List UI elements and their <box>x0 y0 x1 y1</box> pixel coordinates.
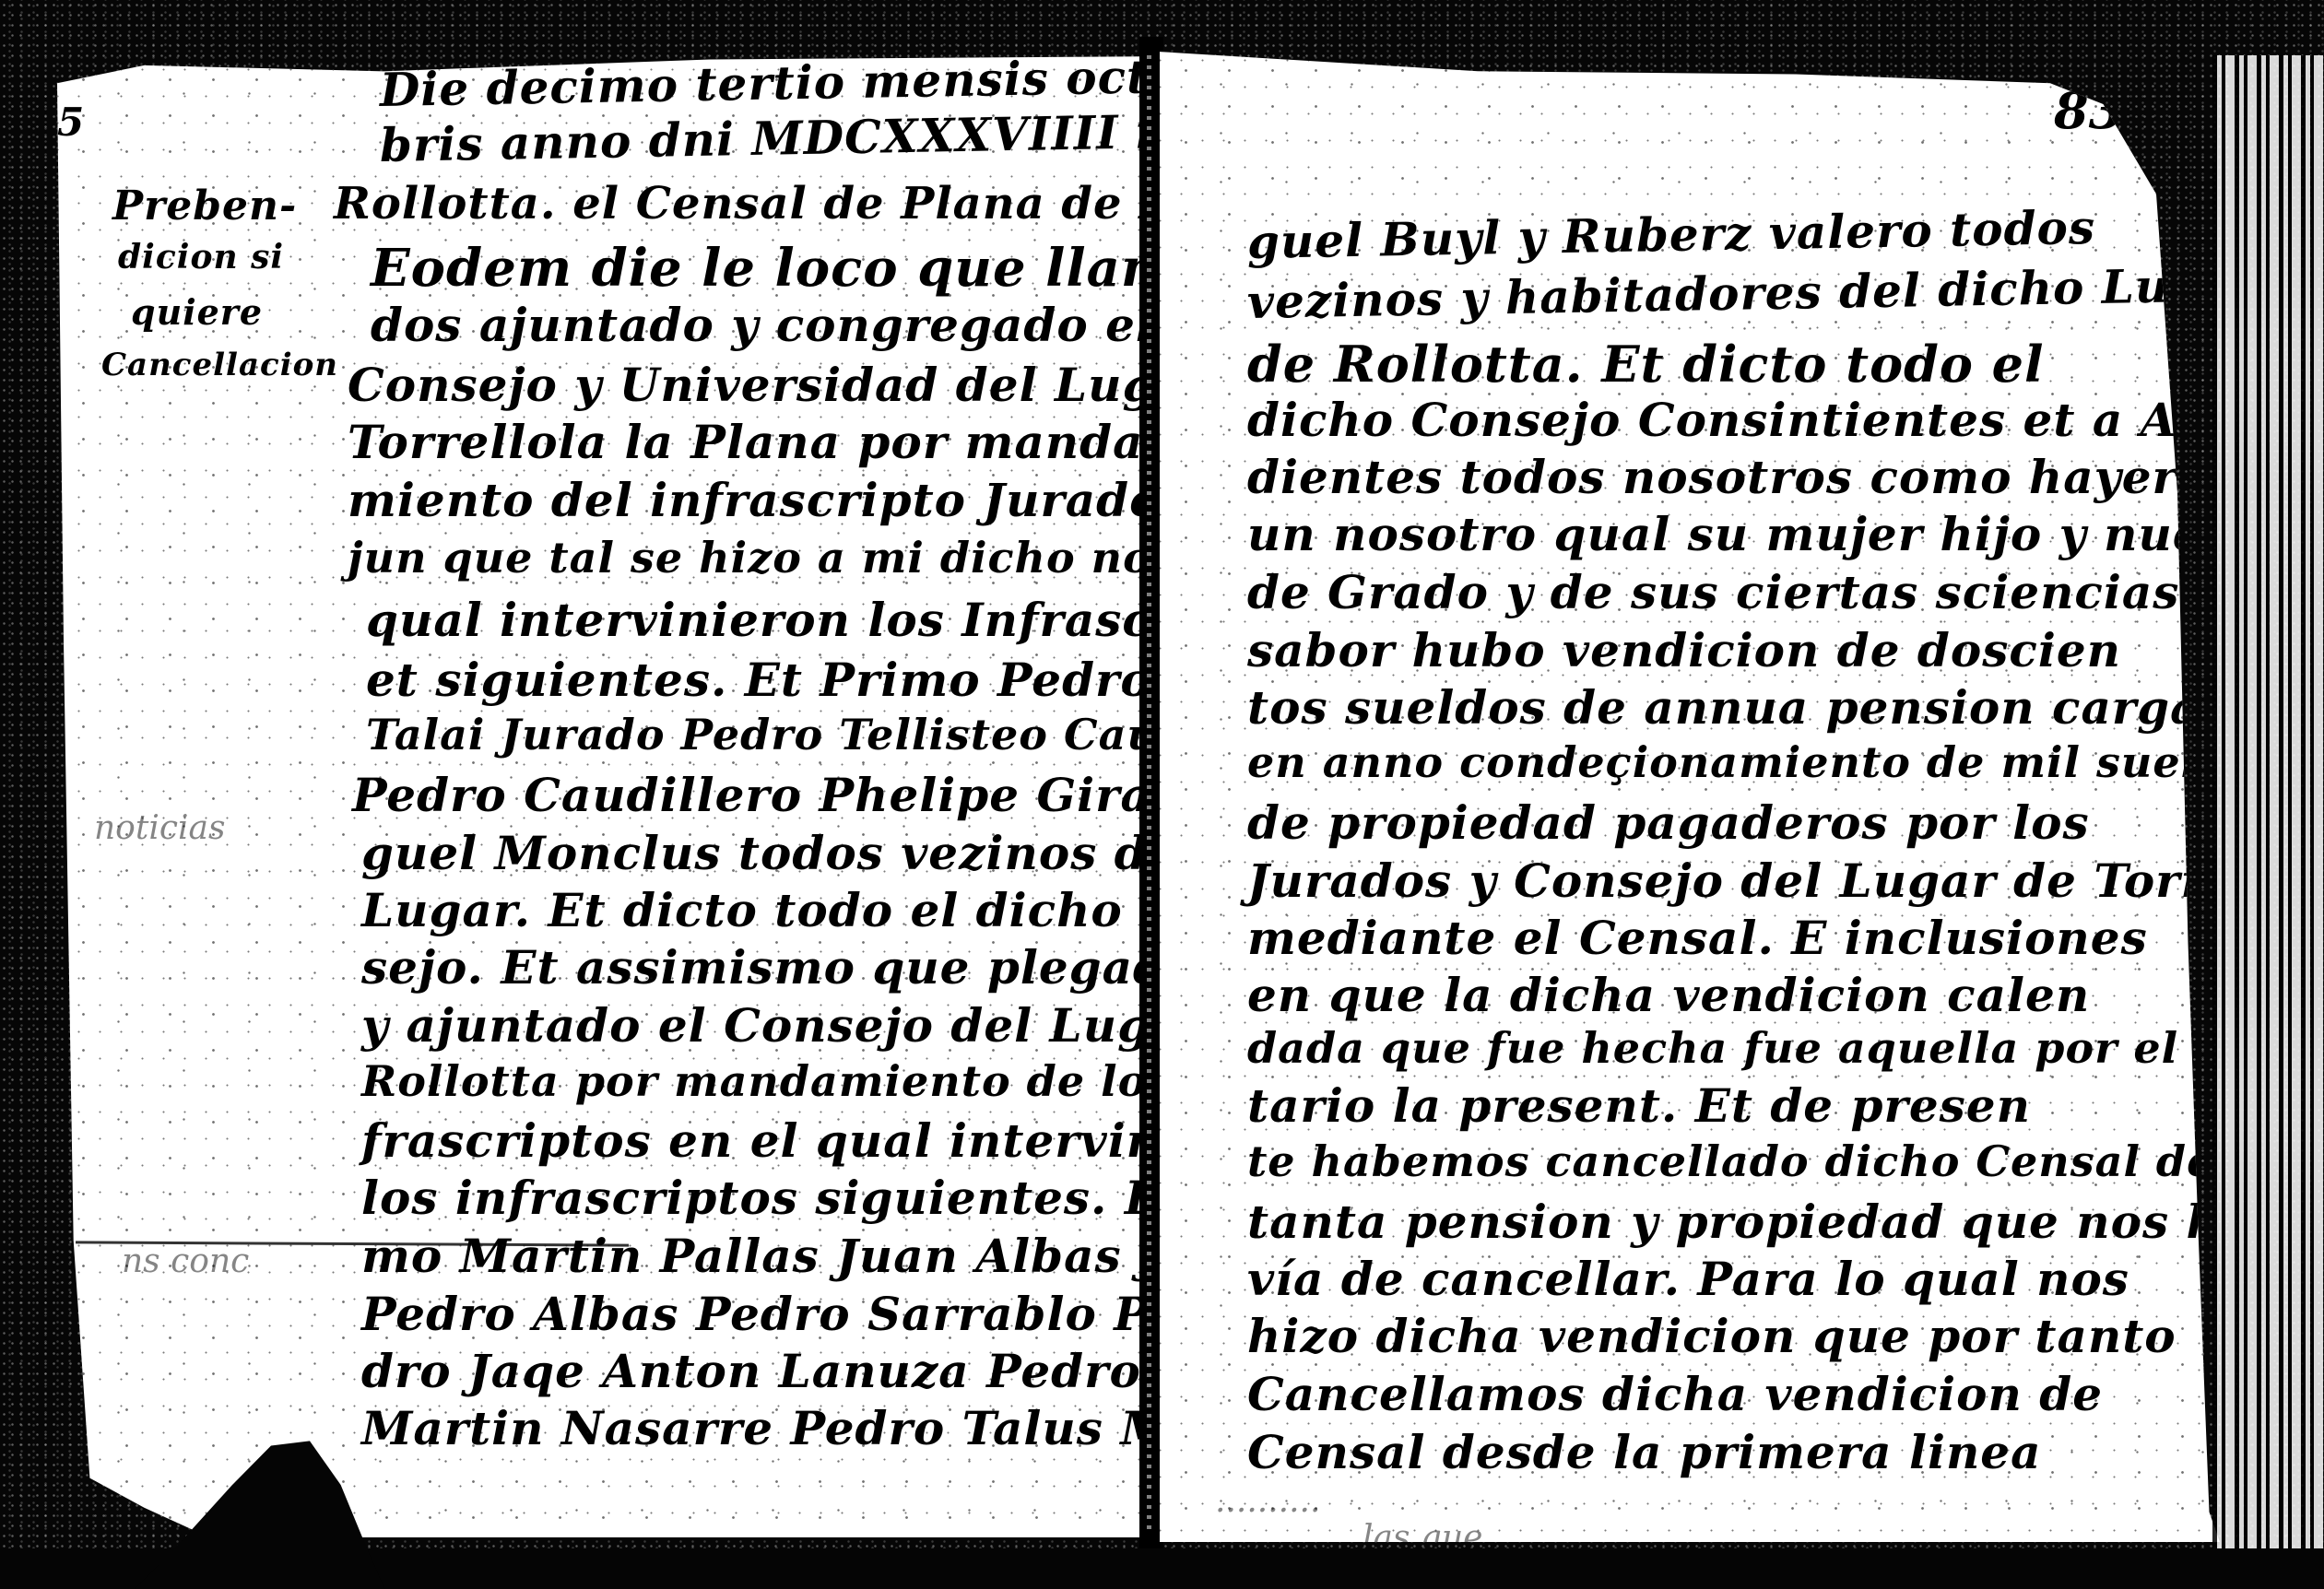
text-line: vía de cancellar. Para lo qual nos <box>1247 1252 2129 1306</box>
text-line: dientes todos nosotros como hayer <box>1247 450 2177 504</box>
text-line: Pedro Albas Pedro Sarrablo Pe <box>361 1287 1145 1341</box>
text-line: jun que tal se hizo a mi dicho notario e… <box>348 533 1145 583</box>
text-line: Rollotta. el Censal de Plana de Fre <box>334 178 1145 230</box>
text-line: tario la present. Et de presen <box>1247 1078 2031 1133</box>
text-line: et siguientes. Et Primo Pedro C. <box>366 653 1145 707</box>
text-line: frascriptos en el qual intervinieron <box>361 1113 1145 1168</box>
text-line: mo Martin Pallas Juan Albas Jurados <box>361 1229 1145 1283</box>
text-line: guel Buyl y Ruberz valero todos <box>1246 200 2095 269</box>
text-line: sejo. Et assimismo que plegado <box>361 940 1145 995</box>
bleedthrough-text: .......... <box>1215 1482 1320 1520</box>
text-line: hizo dicha vendicion que por tanto <box>1247 1309 2177 1363</box>
folio-number: 83 <box>2054 81 2123 140</box>
text-line: dro Jaqe Anton Lanuza Pedro Sun <box>361 1344 1145 1398</box>
text-line: dos ajuntado y congregado el <box>371 298 1145 352</box>
left-folio-number: 5 <box>57 100 84 145</box>
faint-marginalia: noticias <box>94 809 225 847</box>
text-line: de propiedad pagaderos por los <box>1247 795 2090 850</box>
text-line: Pedro Caudillero Phelipe Giral y Mi <box>352 768 1145 822</box>
faint-marginalia: ns conc <box>122 1242 249 1280</box>
text-line: te habemos cancellado dicho Censal de ot… <box>1247 1136 2220 1186</box>
text-line: mediante el Censal. E inclusiones <box>1247 911 2148 965</box>
text-line: Jurados y Consejo del Lugar de Torre <box>1247 853 2220 908</box>
text-line: Censal desde la primera linea <box>1247 1425 2042 1479</box>
text-line: sabor hubo vendicion de doscien <box>1247 623 2121 677</box>
text-line: Martin Nasarre Pedro Talus Mi <box>361 1401 1145 1455</box>
text-line: dicho Consejo Consintientes et a Atten <box>1247 393 2220 447</box>
text-line: de Grado y de sus ciertas sciencias <box>1247 565 2179 619</box>
text-line: qual intervinieron los Infrascriptos <box>366 593 1145 647</box>
scanned-manuscript: 5 Preben- dicion si quiere Cancellacion … <box>0 0 2324 1589</box>
text-line: los infrascriptos siguientes. Et pri <box>361 1171 1145 1225</box>
text-line: en anno condeçionamiento de mil sueldos … <box>1247 737 2220 787</box>
page-edge-stack <box>2212 55 2323 1548</box>
bleedthrough-text: las que ........ <box>1363 1519 1577 1542</box>
text-line: vezinos y habitadores del dicho Lugar <box>1246 257 2220 329</box>
right-page: 83 guel Buyl y Ruberz valero todos vezin… <box>1160 44 2220 1542</box>
margin-note-line: dicion si <box>118 238 284 277</box>
text-line: Talai Jurado Pedro Tellisteo Caudillero <box>366 710 1145 759</box>
text-line: tanta pension y propiedad que nos ha <box>1247 1195 2220 1249</box>
text-line: Consejo y Universidad del Lugar de <box>348 358 1145 412</box>
text-line: de Rollotta. Et dicto todo el <box>1247 335 2045 394</box>
text-line: Rollotta por mandamiento de los Jurados … <box>361 1056 1145 1106</box>
text-line: tos sueldos de annua pension cargada <box>1247 680 2220 735</box>
text-line: Torrellola la Plana por mandamiento <box>348 415 1145 469</box>
text-line: en que la dicha vendicion calen <box>1247 968 2090 1022</box>
left-page: 5 Preben- dicion si quiere Cancellacion … <box>57 53 1145 1537</box>
text-line: miento del infrascripto Jurado si <box>348 473 1145 527</box>
margin-note-line: Cancellacion <box>101 347 338 383</box>
text-line: un nosotro qual su mujer hijo y nuestra <box>1247 507 2220 561</box>
text-line: guel Monclus todos vezinos del dicho <box>361 826 1145 880</box>
text-line: Cancellamos dicha vendicion de <box>1247 1367 2103 1421</box>
text-line: y ajuntado el Consejo del Lugar de <box>361 998 1145 1053</box>
margin-note-line: Preben- <box>112 182 297 230</box>
text-line: Lugar. Et dicto todo el dicho Con <box>361 883 1145 937</box>
text-line: dada que fue hecha fue aquella por el no <box>1247 1023 2220 1073</box>
margin-note-line: quiere <box>131 291 263 333</box>
text-line: Eodem die le loco que llama <box>371 238 1145 299</box>
